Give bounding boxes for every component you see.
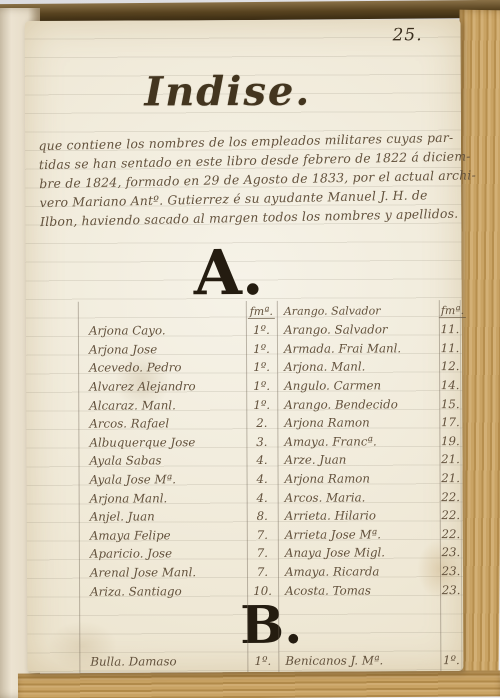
section-letter-a: A. — [26, 241, 432, 305]
entry-folio: 1º. — [246, 398, 277, 412]
entry-folio: 11. — [439, 341, 461, 355]
entry-folio: 23. — [440, 583, 462, 597]
entry-name: Arjona. Manl. — [277, 360, 439, 375]
entry-folio: 15. — [439, 397, 461, 411]
entry-name: Ayala Jose Mª. — [80, 472, 247, 487]
entry-name: Arcos. Rafael — [79, 416, 246, 431]
entry-name: Alcaraz. Manl. — [79, 398, 246, 413]
index-row: Acevedo. Pedro 1º. Arjona. Manl. 12. — [79, 357, 461, 377]
index-row: Aparicio. Jose 7. Anaya Jose Migl. 23. — [80, 543, 462, 563]
manuscript-page: 25. Indise. que contiene los nombres de … — [25, 19, 464, 673]
entry-folio: 17. — [439, 415, 461, 429]
entry-folio: 3. — [246, 435, 277, 449]
entry-folio: 4. — [247, 490, 278, 504]
entry-name: Armada. Frai Manl. — [277, 341, 439, 356]
entry-folio: 14. — [439, 378, 461, 392]
entry-folio: 1º. — [246, 379, 277, 393]
entry-name: Arrieta Jose Mª. — [278, 527, 440, 542]
entry-name: Arjona Ramon — [278, 471, 440, 486]
index-row: Arjona Cayo. 1º. Arango. Salvador 11. — [79, 320, 461, 340]
entry-folio: 1º. — [246, 323, 277, 337]
page-title: Indise. — [25, 67, 431, 116]
entry-folio: 22. — [440, 490, 462, 504]
section-letter-b: B. — [80, 599, 462, 653]
entry-name: Arango. Salvador — [277, 322, 439, 337]
entry-folio: 2. — [246, 416, 277, 430]
entry-folio: 19. — [439, 434, 461, 448]
index-row: Arjona Manl. 4. Arcos. Maria. 22. — [80, 487, 462, 507]
entry-name: Arjona Manl. — [80, 491, 247, 506]
entry-name: Angulo. Carmen — [277, 378, 439, 393]
entry-folio: 23. — [440, 545, 462, 559]
entry-folio: 1º. — [247, 654, 278, 668]
entry-folio: 23. — [440, 564, 462, 578]
entry-name: Anaya Jose Migl. — [278, 546, 440, 561]
entry-name: Alvarez Alejandro — [79, 379, 246, 394]
entry-name: Acevedo. Pedro — [79, 360, 246, 375]
table-rule — [460, 300, 463, 671]
entry-name: Albuquerque Jose — [79, 435, 246, 450]
entry-folio: 7. — [247, 546, 278, 560]
index-row: Arcos. Rafael 2. Arjona Ramon 17. — [79, 413, 461, 433]
entry-name: Anjel. Juan — [80, 509, 247, 524]
entry-name: Bulla. Damaso — [80, 654, 247, 669]
folio-column-header-right: fmª. — [439, 304, 461, 317]
entry-name: Ayala Sabas — [79, 453, 246, 468]
index-row: Bulla. Damaso 1º. Benicanos J. Mª. 1º. — [80, 651, 462, 671]
index-row: Ayala Jose Mª. 4. Arjona Ramon 21. — [80, 469, 462, 489]
entry-name: Arrieta. Hilario — [278, 508, 440, 523]
index-row: Arjona Jose 1º. Armada. Frai Manl. 11. — [79, 339, 461, 359]
index-table: fmª. Arango. Salvador fmª. Arjona Cayo. … — [78, 300, 463, 673]
entry-folio: 4. — [246, 453, 277, 467]
entry-name: Arenal Jose Manl. — [80, 565, 247, 580]
entry-folio: 22. — [440, 527, 462, 541]
entry-name: Benicanos J. Mª. — [278, 653, 440, 668]
index-row: Ayala Sabas 4. Arze. Juan 21. — [79, 450, 461, 470]
index-row: Arenal Jose Manl. 7. Amaya. Ricarda 23. — [80, 562, 462, 582]
entry-name: Amaya. Francª. — [277, 434, 439, 449]
index-row: Anjel. Juan 8. Arrieta. Hilario 22. — [80, 506, 462, 526]
folio-column-header-left: fmª. — [246, 304, 277, 317]
table-header-row: fmª. Arango. Salvador fmª. — [79, 300, 461, 322]
index-row: Alvarez Alejandro 1º. Angulo. Carmen 14. — [79, 376, 461, 396]
entry-name: Arze. Juan — [277, 453, 439, 468]
entry-name: Acosta. Tomas — [278, 583, 440, 598]
book-page-edges-bottom — [18, 670, 500, 698]
entry-name: Arjona Jose — [79, 342, 246, 357]
entry-folio: 1º. — [246, 360, 277, 374]
entry-folio: 8. — [247, 509, 278, 523]
entry-name: Arango. Bendecido — [277, 397, 439, 412]
entry-folio: 11. — [439, 322, 461, 336]
index-row: Amaya Felipe 7. Arrieta Jose Mª. 22. — [80, 525, 462, 545]
entry-folio: 21. — [439, 453, 461, 467]
entry-folio: 22. — [440, 508, 462, 522]
entry-name: Amaya Felipe — [80, 528, 247, 543]
entry-folio: 1º. — [440, 653, 462, 667]
entry-folio: 21. — [440, 471, 462, 485]
first-right-entry: Arango. Salvador — [277, 304, 439, 318]
entry-name: Arjona Cayo. — [79, 323, 246, 338]
index-row: Alcaraz. Manl. 1º. Arango. Bendecido 15. — [79, 394, 461, 414]
entry-name: Amaya. Ricarda — [278, 564, 440, 579]
photographed-manuscript: 25. Indise. que contiene los nombres de … — [0, 0, 500, 698]
page-number: 25. — [393, 25, 423, 45]
entry-name: Aparicio. Jose — [80, 546, 247, 561]
entry-folio: 12. — [439, 360, 461, 374]
entry-name: Arjona Ramon — [277, 415, 439, 430]
entry-name: Ariza. Santiago — [80, 584, 247, 599]
entry-folio: 1º. — [246, 342, 277, 356]
entry-folio: 7. — [247, 565, 278, 579]
entry-folio: 4. — [247, 472, 278, 486]
entry-folio: 7. — [247, 528, 278, 542]
entry-name: Arcos. Maria. — [278, 490, 440, 505]
intro-paragraph: que contiene los nombres de los empleado… — [38, 128, 448, 231]
index-row: Albuquerque Jose 3. Amaya. Francª. 19. — [79, 432, 461, 452]
